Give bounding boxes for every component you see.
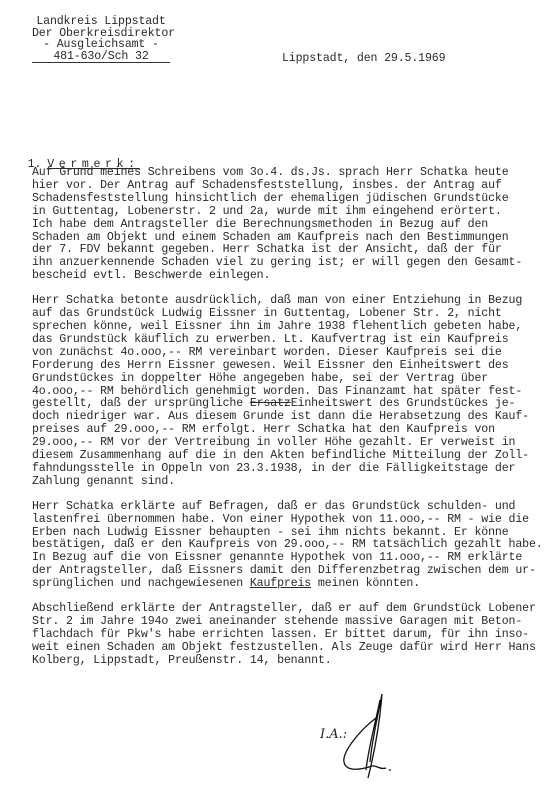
text-line: sprechen könne, weil Eissner ihn im Jahr… — [32, 321, 552, 334]
signature-prefix: I.A.: — [320, 727, 347, 742]
text-line: weit einen Schaden am Objekt festzustell… — [32, 642, 552, 655]
text-line: Kolberg, Lippstadt, Preußenstr. 14, bena… — [32, 655, 552, 668]
text-line: diesem Zusammenhang auf die in den Akten… — [32, 450, 552, 463]
text-line: von zunächst 4o.ooo,-- RM vereinbart wor… — [32, 347, 552, 360]
text-line: das Grundstück käuflich zu erwerben. Lt.… — [32, 334, 552, 347]
paragraph: Auf Grund meines Schreibens vom 3o.4. ds… — [32, 167, 552, 283]
text-line: Schadensfeststellung hinsichtlich der eh… — [32, 193, 552, 206]
paragraph: Herr Schatka erklärte auf Befragen, daß … — [32, 501, 552, 591]
text-line: fahndungsstelle in Oppeln von 23.3.1938,… — [32, 463, 552, 476]
file-reference: 481-63o/Sch 32 — [32, 51, 170, 64]
letterhead-line: Landkreis Lippstadt — [32, 16, 170, 28]
text-line: Auf Grund meines Schreibens vom 3o.4. ds… — [32, 167, 552, 180]
text-line: Forderung des Herrn Eissner gewesen. Wei… — [32, 360, 552, 373]
text-line: Zahlung genannt sind. — [32, 476, 552, 489]
text-line: hier vor. Der Antrag auf Schadensfestste… — [32, 180, 552, 193]
text-line: Herr Schatka erklärte auf Befragen, daß … — [32, 501, 552, 514]
place-and-date: Lippstadt, den 29.5.1969 — [282, 52, 445, 65]
text-line: flachdach für Pkw's habe errichten lasse… — [32, 629, 552, 642]
text-line: sprünglichen und nachgewiesenen Kaufprei… — [32, 578, 552, 591]
text-line: Grundstückes in doppelter Höhe angegeben… — [32, 373, 552, 386]
paragraph: Herr Schatka betonte ausdrücklich, daß m… — [32, 295, 552, 489]
text-line: lastenfrei übernommen habe. Von einer Hy… — [32, 514, 552, 527]
text-line: Ich habe dem Antragsteller die Berechnun… — [32, 219, 552, 232]
underlined-word: Kaufpreis — [250, 577, 311, 590]
text-line: Str. 2 im Jahre 194o zwei aneinander ste… — [32, 616, 552, 629]
letterhead-line: - Ausgleichsamt - — [32, 39, 170, 51]
memo-body: Auf Grund meines Schreibens vom 3o.4. ds… — [32, 167, 552, 680]
struck-word: Ersatz — [250, 397, 291, 410]
text-line: bescheid evtl. Beschwerde einlegen. — [32, 270, 552, 283]
letterhead: Landkreis Lippstadt Der Oberkreisdirekto… — [32, 16, 170, 63]
handwritten-signature: I.A.: — [320, 680, 430, 790]
text-line: in Guttentag, Lobenerstr. 2 und 2a, wurd… — [32, 206, 552, 219]
paragraph: Abschließend erklärte der Antragsteller,… — [32, 603, 552, 668]
